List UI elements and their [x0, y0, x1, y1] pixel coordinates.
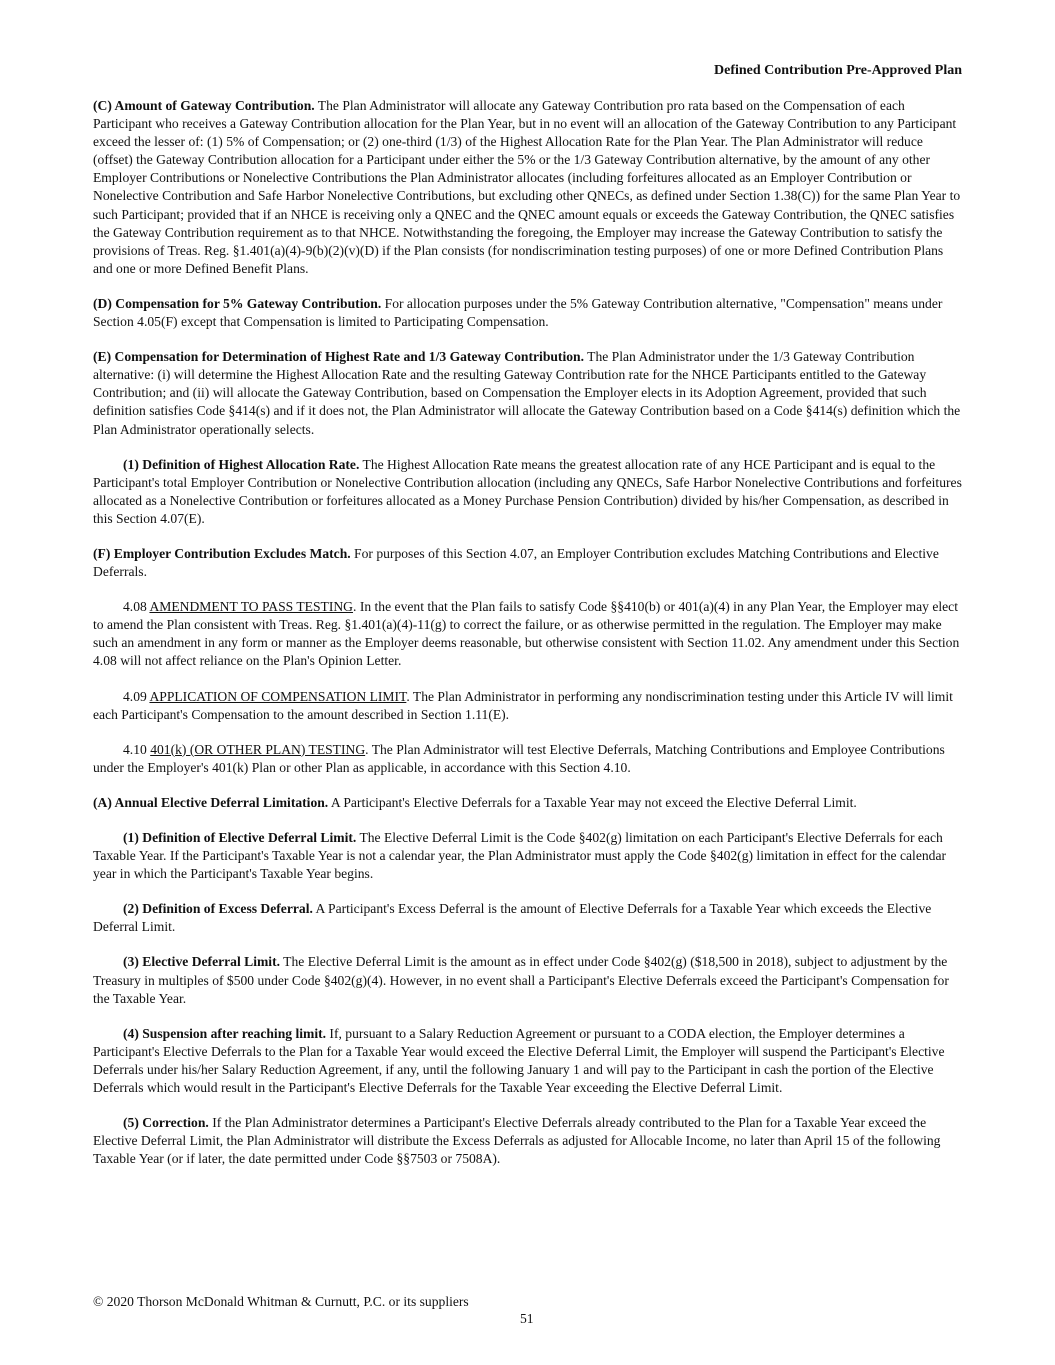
paragraph-c: (C) Amount of Gateway Contribution. The …	[93, 97, 963, 278]
document-body: (C) Amount of Gateway Contribution. The …	[93, 97, 963, 1185]
section-title: AMENDMENT TO PASS TESTING	[149, 599, 353, 614]
paragraph-heading: (4) Suspension after reaching limit.	[123, 1026, 326, 1041]
paragraph-text: If the Plan Administrator determines a P…	[93, 1115, 940, 1166]
section-number: 4.09	[123, 689, 149, 704]
paragraph-f: (F) Employer Contribution Excludes Match…	[93, 545, 963, 581]
paragraph-heading: (3) Elective Deferral Limit.	[123, 954, 280, 969]
section-4-08: 4.08 AMENDMENT TO PASS TESTING. In the e…	[93, 598, 963, 670]
paragraph-a4: (4) Suspension after reaching limit. If,…	[93, 1025, 963, 1097]
paragraph-text: The Plan Administrator will allocate any…	[93, 98, 960, 276]
section-title: APPLICATION OF COMPENSATION LIMIT	[149, 689, 406, 704]
paragraph-heading: (C) Amount of Gateway Contribution.	[93, 98, 315, 113]
page-number: 51	[520, 1311, 534, 1327]
paragraph-a: (A) Annual Elective Deferral Limitation.…	[93, 794, 963, 812]
document-header: Defined Contribution Pre-Approved Plan	[714, 63, 962, 79]
paragraph-heading: (F) Employer Contribution Excludes Match…	[93, 546, 351, 561]
section-4-10: 4.10 401(k) (OR OTHER PLAN) TESTING. The…	[93, 741, 963, 777]
paragraph-heading: (2) Definition of Excess Deferral.	[123, 901, 313, 916]
section-4-09: 4.09 APPLICATION OF COMPENSATION LIMIT. …	[93, 688, 963, 724]
paragraph-heading: (D) Compensation for 5% Gateway Contribu…	[93, 296, 381, 311]
paragraph-heading: (1) Definition of Highest Allocation Rat…	[123, 457, 359, 472]
paragraph-heading: (E) Compensation for Determination of Hi…	[93, 349, 584, 364]
copyright-footer: © 2020 Thorson McDonald Whitman & Curnut…	[93, 1293, 469, 1311]
section-number: 4.10	[123, 742, 150, 757]
paragraph-a1: (1) Definition of Elective Deferral Limi…	[93, 829, 963, 883]
paragraph-text: A Participant's Elective Deferrals for a…	[328, 795, 857, 810]
paragraph-a5: (5) Correction. If the Plan Administrato…	[93, 1114, 963, 1168]
paragraph-a2: (2) Definition of Excess Deferral. A Par…	[93, 900, 963, 936]
section-number: 4.08	[123, 599, 149, 614]
paragraph-e1: (1) Definition of Highest Allocation Rat…	[93, 456, 963, 528]
paragraph-d: (D) Compensation for 5% Gateway Contribu…	[93, 295, 963, 331]
section-title: 401(k) (OR OTHER PLAN) TESTING	[150, 742, 365, 757]
paragraph-a3: (3) Elective Deferral Limit. The Electiv…	[93, 953, 963, 1007]
paragraph-e: (E) Compensation for Determination of Hi…	[93, 348, 963, 438]
paragraph-heading: (1) Definition of Elective Deferral Limi…	[123, 830, 356, 845]
paragraph-heading: (A) Annual Elective Deferral Limitation.	[93, 795, 328, 810]
paragraph-heading: (5) Correction.	[123, 1115, 209, 1130]
